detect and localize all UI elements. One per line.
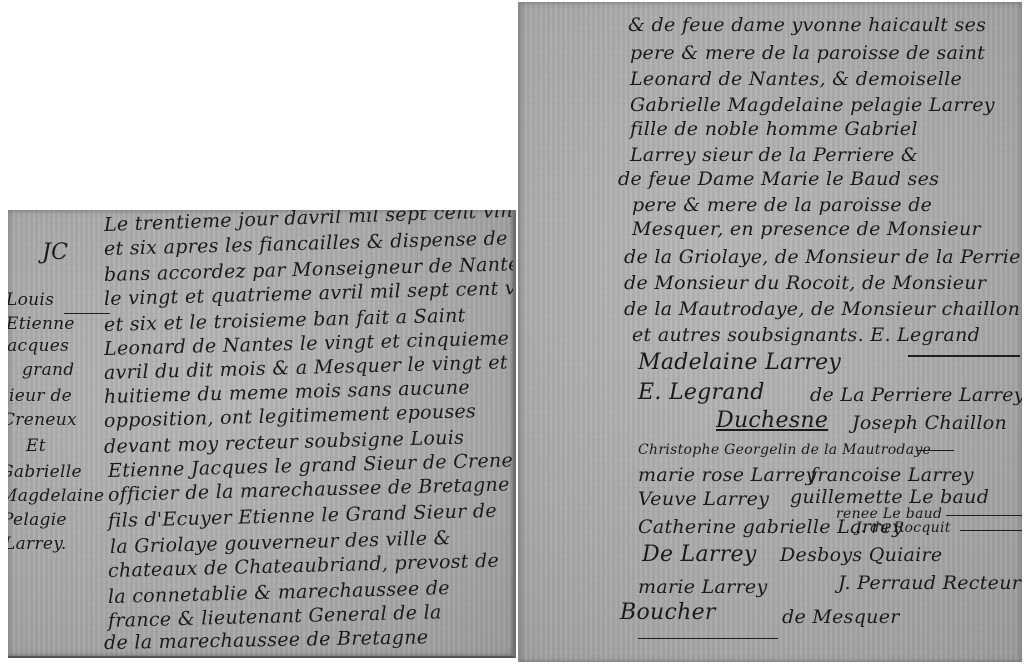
signature: Desboys Quiaire [780,544,942,566]
signature: Duchesne [716,408,828,433]
record-line: de la Griolaye, de Monsieur de la Perrie… [624,246,1022,268]
margin-name-line: Louis [8,290,54,310]
record-line: & de feue dame yvonne haicault ses [628,14,986,36]
margin-name-line: Et [26,436,46,456]
signature: E. Legrand [638,380,765,405]
signature: de Mesquer [782,606,900,628]
signature: De Larrey [642,542,757,567]
signature: J. Perraud Recteur [838,572,1021,594]
margin-name-line: Magdelaine [8,486,104,506]
margin-name-line: Pelagie [8,510,67,530]
signature: marie rose Larrey [638,464,817,486]
margin-name-line: Etienne [8,314,75,334]
margin-name-line: Jacques [8,336,69,356]
margin-name-line: sieur de [8,386,72,406]
record-line: fille de noble homme Gabriel [630,118,918,140]
signature: J. du Rocquit [856,520,951,536]
margin-name-line: grand [22,360,74,380]
signature-rule [946,515,1022,516]
record-line: Leonard de Nantes, & demoiselle [630,68,962,90]
margin-name-line: Creneux [8,410,77,430]
signature: francoise Larrey [810,464,974,486]
record-line: de la Mautrodaye, de Monsieur chaillon [624,298,1020,320]
signature: Joseph Chaillon [852,412,1007,434]
record-line: pere & mere de la paroisse de saint [630,42,985,64]
record-line: pere & mere de la paroisse de [632,194,932,216]
record-line: et autres soubsignants. E. Legrand [632,324,980,346]
record-line: de la marechaussee de Bretagne [104,626,429,654]
record-line: de Monsieur du Rocoit, de Monsieur [624,272,986,294]
signature: Christophe Georgelin de la Mautrodaye [638,442,931,458]
signature-rule [908,355,1020,357]
right-register-page: & de feue dame yvonne haicault ses pere … [518,2,1022,662]
margin-initials: JC [42,240,68,265]
record-line: Mesquer, en presence de Monsieur [632,218,981,240]
signature: marie Larrey [638,576,767,598]
signature: de La Perriere Larrey [810,384,1022,406]
record-line: Gabrielle Magdelaine pelagie Larrey [630,94,995,116]
signature: guillemette Le baud [790,486,989,508]
record-line: Larrey sieur de la Perriere & [630,144,918,166]
margin-name-line: Larrey. [8,534,67,554]
signature: Boucher [620,600,716,625]
signature-rule [916,450,954,451]
record-line: de feue Dame Marie le Baud ses [618,168,939,190]
signature: Veuve Larrey [638,488,769,510]
signature-flourish [638,638,778,639]
margin-name-line: Gabrielle [8,462,82,482]
signature: Madelaine Larrey [638,350,841,375]
left-register-page: JC Louis Etienne Jacques grand sieur de … [8,210,516,658]
signature-rule [960,530,1022,531]
